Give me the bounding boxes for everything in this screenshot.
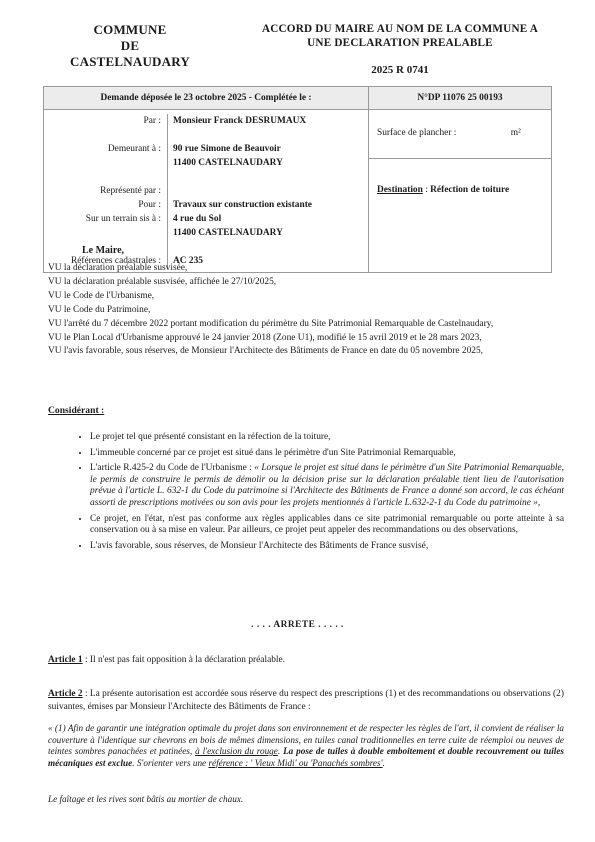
visa-item: VU le Plan Local d'Urbanisme approuvé le… — [48, 332, 564, 345]
prescription-exclusion: à l'exclusion du rouge — [195, 746, 278, 756]
commune-line: CASTELNAUDARY — [60, 54, 200, 70]
floor-area-unit: m² — [511, 128, 521, 138]
representative — [168, 184, 367, 198]
considerant-item: L'immeuble concerné par ce projet est si… — [90, 448, 564, 460]
visa-item: VU la déclaration préalable susvisée, — [48, 262, 564, 275]
abf-prescription: « (1) Afin de garantir une intégration o… — [48, 723, 564, 769]
title-line: ACCORD DU MAIRE AU NOM DE LA COMMUNE A — [215, 22, 585, 36]
faitage-note: Le faîtage et les rives sont bâtis au mo… — [48, 794, 564, 804]
considerant-item: Le projet tel que présenté consistant en… — [90, 432, 564, 444]
applicant-address-2: 11400 CASTELNAUDARY — [168, 156, 367, 170]
label-terrain: Sur un terrain sis à : — [45, 212, 168, 226]
article-2-text: : La présente autorisation est accordée … — [48, 689, 564, 712]
label-represente: Représenté par : — [45, 184, 168, 198]
considerant-item: L'article R.425-2 du Code de l'Urbanisme… — [90, 463, 564, 509]
destination: Destination : Réfection de toiture — [369, 159, 551, 225]
title-line: UNE DECLARATION PREALABLE — [215, 36, 585, 50]
article-2: Article 2 : La présente autorisation est… — [48, 688, 564, 713]
considerant-article-ref: L'article R.425-2 du Code de l'Urbanisme… — [90, 463, 254, 473]
floor-area-label: Surface de plancher : — [377, 128, 456, 138]
project-details: Surface de plancher : m² Destination : R… — [369, 110, 552, 273]
label-par: Par : — [45, 114, 168, 128]
site-address-2: 11400 CASTELNAUDARY — [168, 226, 367, 240]
arrete-heading: . . . . ARRETE . . . . . — [0, 620, 595, 630]
considerant-item: Ce projet, en l'état, n'est pas conforme… — [90, 514, 564, 537]
dp-number: N°DP 11076 25 00193 — [369, 87, 552, 110]
submission-date: Demande déposée le 23 octobre 2025 - Com… — [44, 87, 369, 110]
document-title: ACCORD DU MAIRE AU NOM DE LA COMMUNE A U… — [215, 22, 585, 50]
prescription-text: . S'orienter vers une — [132, 758, 208, 768]
commune-line: COMMUNE — [60, 22, 200, 38]
visas-list: VU la déclaration préalable susvisée, VU… — [48, 262, 564, 359]
site-address-1: 4 rue du Sol — [168, 212, 367, 226]
article-1-label: Article 1 — [48, 655, 83, 665]
label-pour: Pour : — [45, 198, 168, 212]
decision-reference: 2025 R 0741 — [215, 64, 585, 76]
le-maire-heading: Le Maire, — [82, 245, 124, 256]
prescription-text: . — [383, 758, 385, 768]
applicant-address-1: 90 rue Simone de Beauvoir — [168, 142, 367, 156]
considerant-item: L'avis favorable, sous réserves, de Mons… — [90, 541, 564, 553]
visa-item: VU l'avis favorable, sous réserves, de M… — [48, 345, 564, 358]
commune-line: DE — [60, 38, 200, 54]
prescription-reference: référence : ' Vieux Midi' ou 'Panachés s… — [208, 758, 382, 768]
considerant-heading: Considérant : — [48, 405, 104, 416]
applicant-name: Monsieur Franck DESRUMAUX — [168, 114, 367, 128]
floor-area: Surface de plancher : m² — [369, 110, 551, 159]
label-demeurant: Demeurant à : — [45, 142, 168, 156]
visa-item: VU le Code de l'Urbanisme, — [48, 290, 564, 303]
visa-item: VU la déclaration préalable susvisée, af… — [48, 276, 564, 289]
destination-label: Destination — [377, 185, 423, 195]
commune-name: COMMUNE DE CASTELNAUDARY — [60, 22, 200, 70]
destination-value: Réfection de toiture — [430, 185, 509, 195]
considerants-list: Le projet tel que présenté consistant en… — [48, 432, 564, 556]
works-type: Travaux sur construction existante — [168, 198, 367, 212]
article-1-text: : Il n'est pas fait opposition à la décl… — [83, 655, 285, 665]
visa-item: VU l'arrêté du 7 décembre 2022 portant m… — [48, 318, 564, 331]
article-1: Article 1 : Il n'est pas fait opposition… — [48, 655, 564, 665]
visa-item: VU le Code du Patrimoine, — [48, 304, 564, 317]
article-2-label: Article 2 — [48, 689, 83, 699]
